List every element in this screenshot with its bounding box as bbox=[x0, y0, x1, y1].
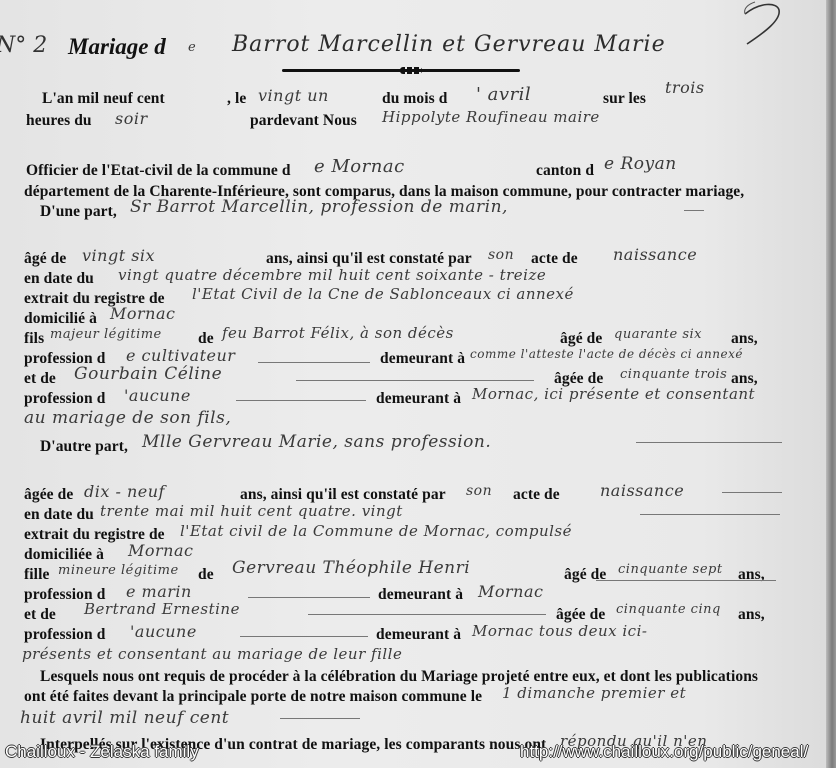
spouses-names: Barrot Marcellin et Gervreau Marie bbox=[232, 32, 666, 57]
bride-text: âgé de bbox=[564, 566, 606, 584]
blank-line bbox=[722, 492, 782, 493]
blank-line bbox=[684, 210, 704, 211]
groom-domicile-field: Mornac bbox=[110, 304, 175, 323]
register-page: N° 2 Mariage d e Barrot Marcellin et Ger… bbox=[0, 0, 826, 768]
page-binding-edge bbox=[826, 0, 836, 768]
groom-mother-age-field: cinquante trois bbox=[620, 367, 727, 382]
bride-name-field: Mlle Gervreau Marie, sans profession. bbox=[142, 432, 491, 452]
intro-text: sur les bbox=[603, 90, 646, 108]
groom-father-age-field: quarante six bbox=[614, 327, 702, 342]
bride-father-residence-field: Mornac bbox=[478, 582, 543, 601]
groom-birth-date-field: vingt quatre décembre mil huit cent soix… bbox=[118, 266, 546, 284]
blank-line bbox=[308, 614, 546, 615]
groom-text: âgé de bbox=[560, 330, 602, 348]
groom-father-field: feu Barrot Félix, à son décès bbox=[222, 324, 454, 342]
watermark-right: http://www.chailloux.org/public/geneal/ bbox=[520, 742, 808, 762]
groom-text: demeurant à bbox=[380, 350, 465, 368]
bride-text: de bbox=[198, 566, 214, 584]
intro-text: heures du bbox=[26, 112, 92, 130]
blank-line bbox=[258, 362, 370, 363]
groom-age-field: vingt six bbox=[82, 246, 155, 265]
groom-acte-pron: son bbox=[488, 247, 514, 263]
blank-line bbox=[236, 400, 366, 401]
intro-text: pardevant Nous bbox=[250, 112, 357, 130]
groom-name-field: Sr Barrot Marcellin, profession de marin… bbox=[130, 197, 508, 217]
bride-acte-type-field: naissance bbox=[600, 481, 684, 500]
bride-birth-date-field: trente mai mil huit cent quatre. vingt bbox=[100, 502, 403, 520]
bride-text: acte de bbox=[513, 486, 560, 504]
groom-text: demeurant à bbox=[376, 390, 461, 408]
bride-text: en date du bbox=[24, 506, 94, 524]
bride-mother-profession-field: 'aucune bbox=[130, 622, 197, 641]
intro-text: du mois d bbox=[382, 90, 448, 108]
groom-mother-residence-field: Mornac, ici présente et consentant bbox=[472, 385, 755, 403]
bride-age-field: dix - neuf bbox=[84, 482, 165, 501]
bride-text: domiciliée à bbox=[24, 546, 104, 564]
bride-extract-field: l'Etat civil de la Commune de Mornac, co… bbox=[180, 522, 572, 540]
bride-domicile-field: Mornac bbox=[128, 541, 193, 560]
groom-text: profession d bbox=[24, 390, 105, 408]
day-field: vingt un bbox=[258, 86, 329, 105]
commune-field: e Mornac bbox=[314, 156, 405, 177]
groom-text: en date du bbox=[24, 270, 94, 288]
bride-text: ans, bbox=[738, 606, 765, 624]
bride-mother-field: Bertrand Ernestine bbox=[84, 600, 240, 618]
blank-line bbox=[596, 580, 776, 581]
groom-father-residence-field: comme l'atteste l'acte de décès ci annex… bbox=[470, 347, 743, 361]
bride-consent-field: présents et consentant au mariage de leu… bbox=[22, 645, 402, 663]
groom-label: D'une part, bbox=[40, 203, 117, 221]
bride-text: demeurant à bbox=[376, 626, 461, 644]
intro-text: L'an mil neuf cent bbox=[42, 90, 165, 108]
blank-line bbox=[296, 380, 534, 381]
groom-text: ans, bbox=[731, 330, 758, 348]
groom-extract-field: l'Etat Civil de la Cne de Sablonceaux ci… bbox=[192, 285, 574, 303]
blank-line bbox=[240, 636, 368, 637]
bride-acte-pron: son bbox=[466, 483, 492, 499]
watermark-left: Chailloux - Zelaska family bbox=[5, 742, 199, 762]
groom-text: et de bbox=[24, 370, 56, 388]
bride-text: ans, bbox=[738, 566, 765, 584]
title-suffix: e bbox=[188, 40, 196, 55]
groom-mother-profession-field: 'aucune bbox=[124, 386, 191, 405]
bride-father-age-field: cinquante sept bbox=[618, 562, 723, 577]
title-rule bbox=[282, 69, 520, 72]
bride-filiation-field: mineure légitime bbox=[58, 563, 179, 578]
officer-text: Officier de l'Etat-civil de la commune d bbox=[26, 162, 291, 180]
act-number: N° 2 bbox=[0, 33, 47, 58]
bride-mother-age-field: cinquante cinq bbox=[616, 602, 721, 617]
act-title: Mariage d bbox=[68, 34, 166, 60]
bride-mother-residence-field: Mornac tous deux ici- bbox=[472, 622, 647, 640]
bride-text: profession d bbox=[24, 626, 105, 644]
bride-label: D'autre part, bbox=[40, 438, 128, 456]
blank-line bbox=[640, 514, 780, 515]
bride-text: demeurant à bbox=[378, 586, 463, 604]
officer-text: canton d bbox=[536, 162, 594, 180]
bride-text: âgée de bbox=[24, 486, 73, 504]
groom-age-label: âgé de bbox=[24, 250, 66, 268]
groom-father-profession-field: e cultivateur bbox=[126, 346, 235, 365]
month-field: ' avril bbox=[476, 84, 531, 105]
hour-field: trois bbox=[665, 78, 705, 97]
blank-line bbox=[280, 718, 360, 719]
groom-consent-field: au mariage de son fils, bbox=[24, 408, 231, 428]
publication-dates-field: 1 dimanche premier et bbox=[502, 684, 686, 702]
blank-line bbox=[636, 442, 782, 443]
bride-father-field: Gervreau Théophile Henri bbox=[232, 558, 470, 578]
groom-text: domicilié à bbox=[24, 310, 97, 328]
groom-text: fils bbox=[24, 330, 44, 348]
period-field: soir bbox=[115, 109, 148, 128]
publication-dates-field-cont: huit avril mil neuf cent bbox=[20, 708, 229, 728]
officer-name-field: Hippolyte Roufineau maire bbox=[382, 108, 600, 126]
groom-filiation-field: majeur légitime bbox=[50, 327, 162, 342]
closing-text: ont été faites devant la principale port… bbox=[24, 688, 482, 706]
groom-mother-field: Gourbain Céline bbox=[74, 364, 222, 384]
groom-acte-type-field: naissance bbox=[613, 245, 697, 264]
intro-text: , le bbox=[227, 90, 246, 108]
flourish-mark bbox=[735, 0, 785, 45]
bride-text: fille bbox=[24, 566, 49, 584]
bride-text: et de bbox=[24, 606, 56, 624]
blank-line bbox=[248, 597, 370, 598]
bride-father-profession-field: e marin bbox=[126, 582, 192, 601]
canton-field: e Royan bbox=[604, 154, 677, 174]
